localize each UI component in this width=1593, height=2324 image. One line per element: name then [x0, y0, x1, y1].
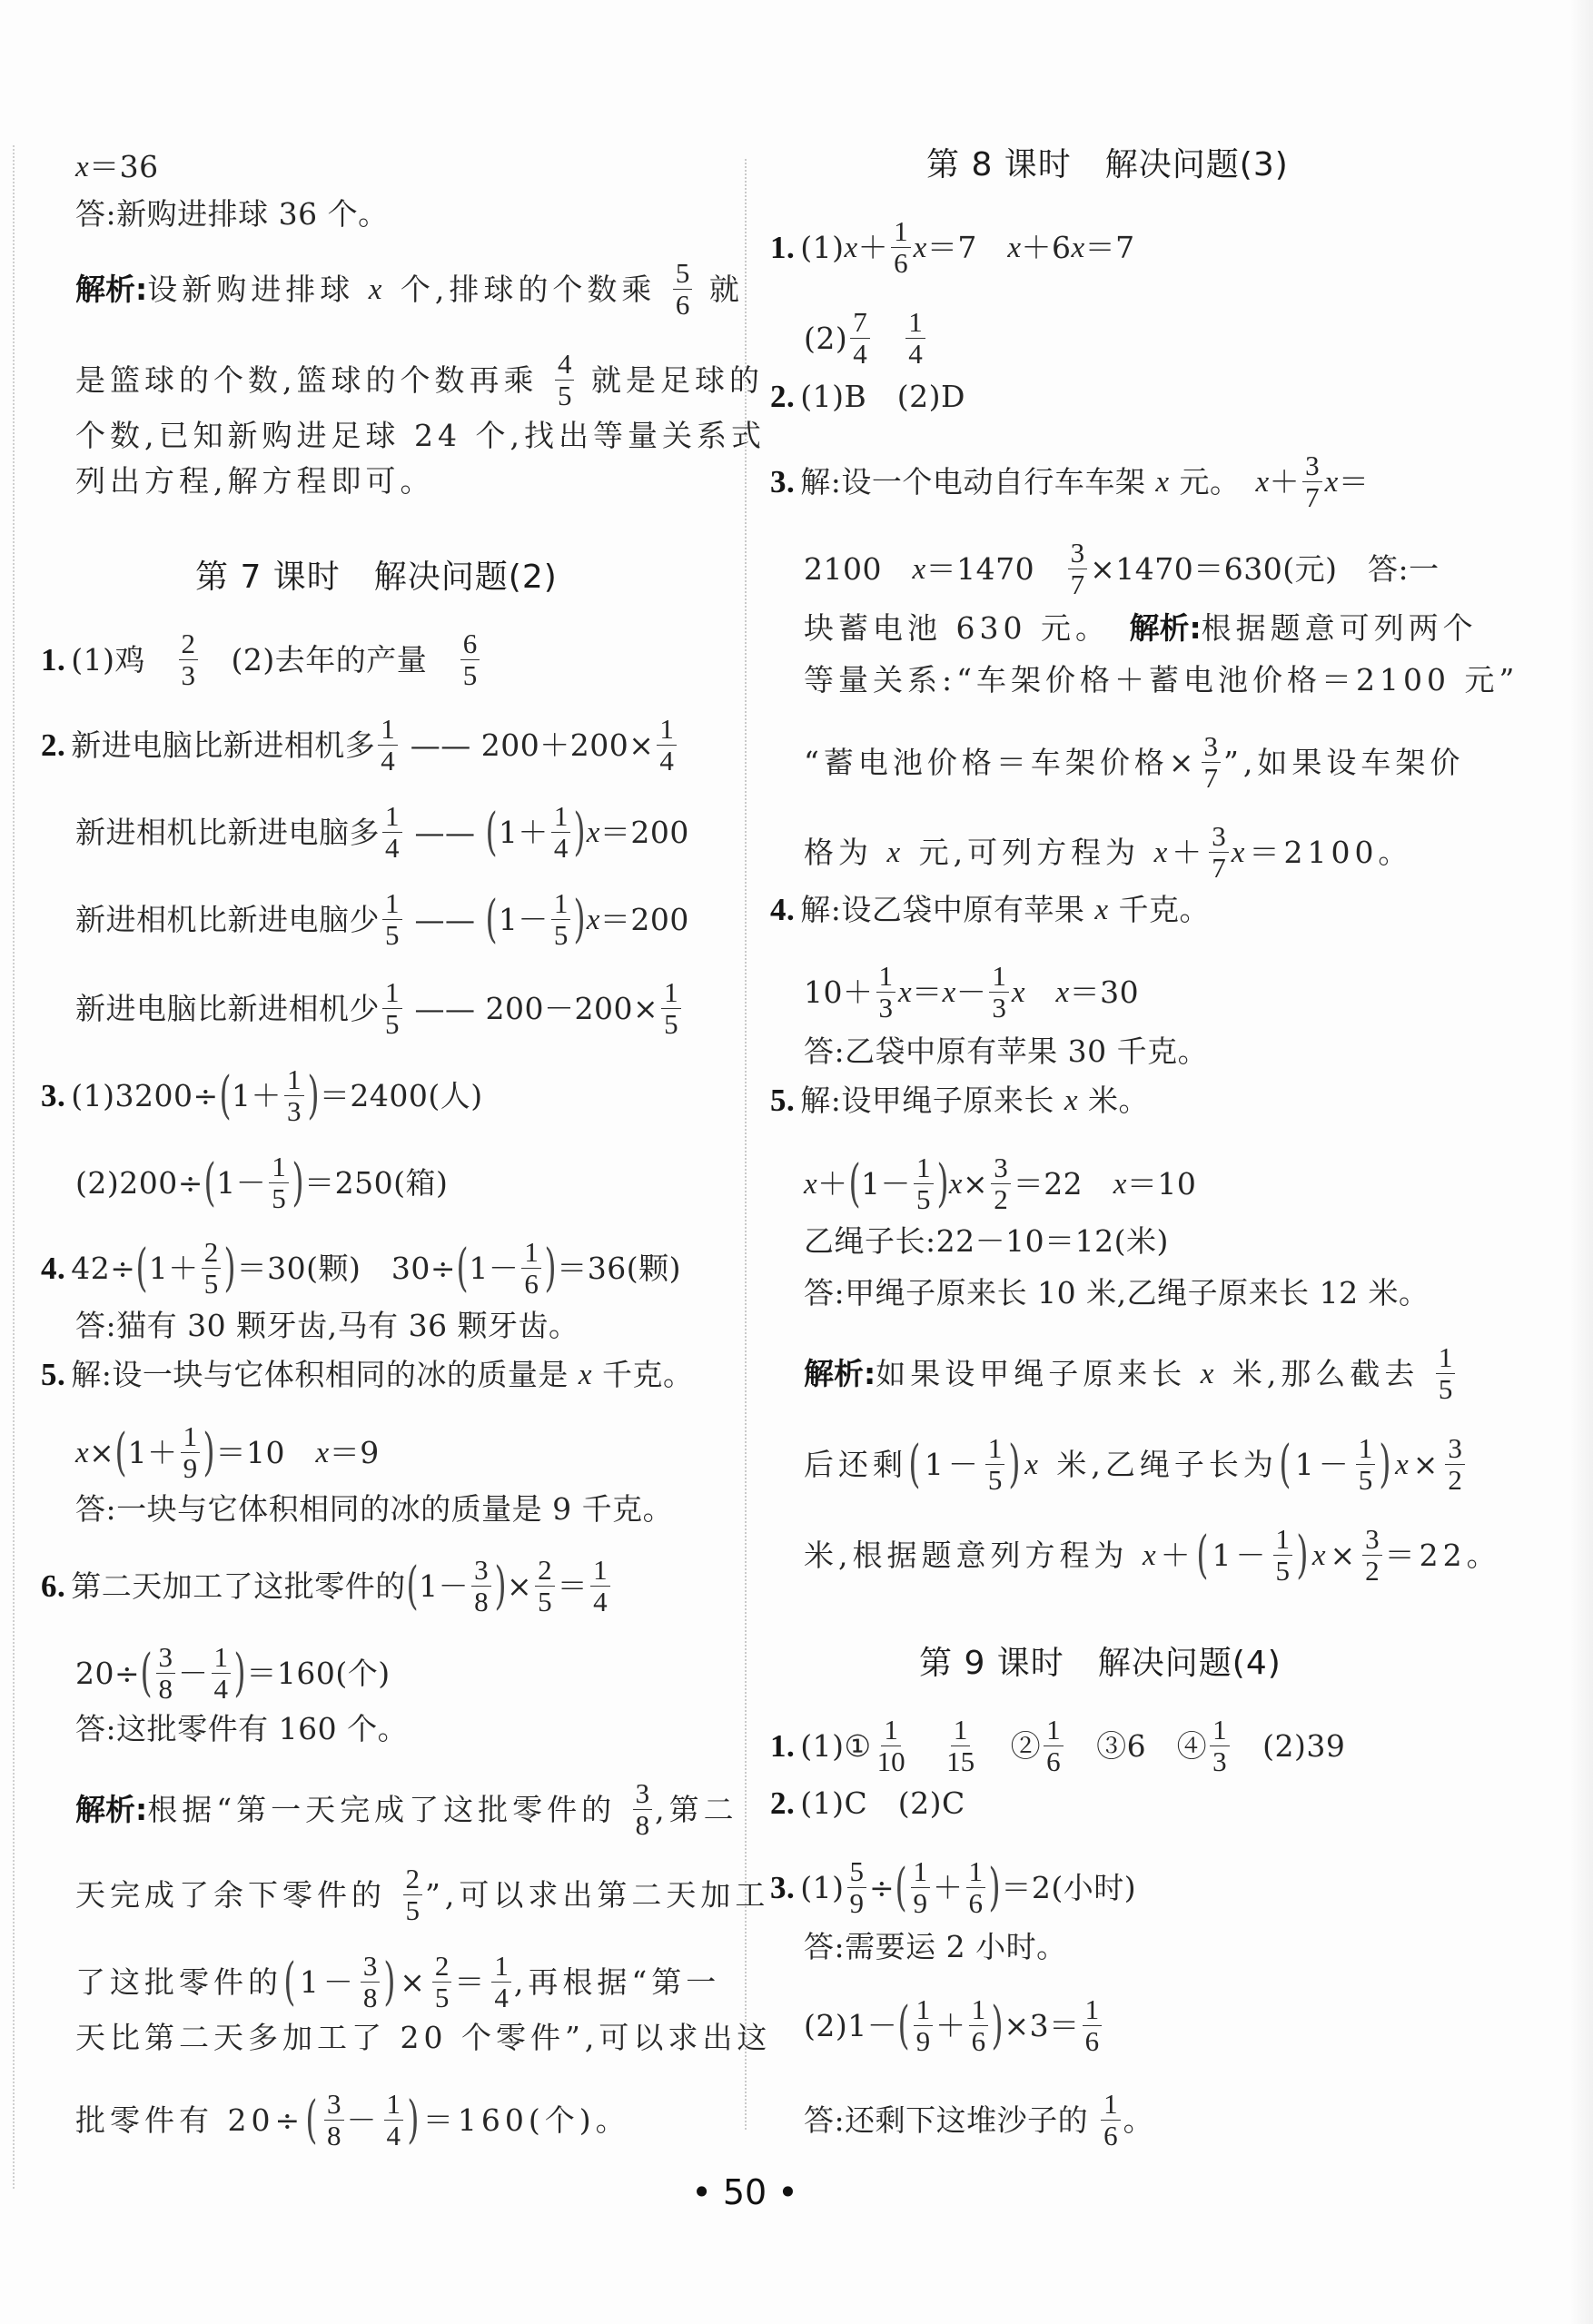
fraction: 56: [673, 258, 693, 321]
text: －: [956, 973, 987, 1013]
question-number: 3.: [41, 1076, 65, 1116]
answer-line: (2)1－(19＋16)×3＝16: [804, 1994, 1104, 2057]
answer-line: 20÷(38－14)＝160(个): [75, 1642, 391, 1705]
text: ＝30(颗) 30÷: [237, 1249, 456, 1289]
variable: x: [75, 147, 89, 187]
fraction: 16: [1044, 1715, 1064, 1777]
fraction: 32: [991, 1152, 1011, 1215]
answer-line: 答:一块与它体积相同的冰的质量是 9 千克。: [75, 1489, 673, 1529]
fraction: 19: [911, 1856, 931, 1919]
answer-line: 是篮球的个数,篮球的个数再乘 45 就是足球的: [75, 349, 764, 411]
parenthesis: (: [141, 1654, 153, 1694]
page-number: • 50 •: [0, 2172, 1489, 2212]
question-number: 4.: [770, 890, 795, 930]
text: [873, 319, 904, 359]
answer-line: 1.(1)x＋16x＝7 x＋6x＝7: [770, 216, 1135, 279]
variable: x: [579, 1355, 592, 1395]
variable: x: [1012, 973, 1025, 1013]
fraction: 15: [985, 1433, 1005, 1496]
variable: x: [75, 1433, 89, 1473]
question-number: 3.: [770, 462, 795, 502]
text: (2): [804, 319, 847, 359]
denominator: 5: [403, 1895, 423, 1926]
analysis-label: 解析:: [1129, 608, 1201, 648]
fraction: 25: [202, 1237, 222, 1300]
denominator: 2: [991, 1184, 1011, 1215]
answer-line: 6.第二天加工了这批零件的(1－38)×25＝14: [41, 1555, 613, 1617]
parenthesis: ): [384, 1963, 399, 2003]
answer-line: 个数,已知新购进足球 24 个,找出等量关系式: [75, 416, 766, 456]
text: ＝2400(人): [320, 1076, 483, 1116]
denominator: 10: [875, 1746, 908, 1777]
fraction: 45: [555, 349, 575, 411]
fraction: 115: [944, 1715, 977, 1777]
answer-line: 块蓄电池 630 元。 解析:根据题意可列两个: [804, 608, 1478, 648]
text: 新进电脑比新进相机多: [71, 726, 375, 766]
numerator: 3: [1445, 1433, 1465, 1465]
text: 20÷: [75, 1654, 140, 1694]
text: 新进电脑比新进相机少: [75, 989, 380, 1029]
text: (1)B (2)D: [800, 377, 965, 417]
parenthesis: (: [406, 1567, 418, 1607]
denominator: 3: [284, 1096, 304, 1127]
text: ＝: [912, 973, 943, 1013]
text: ×: [963, 1164, 988, 1204]
denominator: 5: [202, 1269, 222, 1300]
text: 1－: [861, 1164, 911, 1204]
numerator: 1: [1083, 1994, 1103, 2026]
denominator: 4: [590, 1587, 610, 1617]
fraction: 65: [460, 628, 480, 691]
denominator: 5: [1273, 1556, 1293, 1587]
text: 答:一块与它体积相同的冰的质量是 9 千克。: [75, 1489, 673, 1529]
text: 个数,已知新购进足球 24 个,找出等量关系式: [75, 416, 766, 456]
answer-line: 3.解:设一个电动自行车车架 x 元。 x＋37x＝: [770, 450, 1369, 513]
text: 1－: [499, 900, 549, 940]
numerator: 1: [521, 1237, 541, 1269]
numerator: 1: [911, 1856, 931, 1888]
answer-line: 米,根据题意列方程为 x＋(1－15)x×32＝22。: [804, 1524, 1501, 1587]
text: (1)C (2)C: [800, 1784, 965, 1824]
text: 米,根据题意列方程为: [804, 1536, 1143, 1576]
fraction: 13: [876, 961, 896, 1024]
text: 元。: [1170, 462, 1256, 502]
text: ②: [980, 1726, 1041, 1766]
parenthesis: ): [203, 1433, 215, 1473]
denominator: 6: [1083, 2026, 1103, 2057]
text: ＝250(箱): [304, 1163, 448, 1203]
text: 2100: [804, 549, 912, 589]
numerator: 3: [633, 1778, 653, 1810]
question-number: 6.: [41, 1567, 65, 1607]
fraction: 16: [1101, 2089, 1121, 2151]
denominator: 6: [969, 2026, 989, 2057]
denominator: 5: [1436, 1374, 1456, 1405]
parenthesis: (: [136, 1249, 148, 1289]
numerator: 1: [551, 888, 571, 920]
answer-line: x×(1＋19)＝10 x＝9: [75, 1421, 380, 1484]
numerator: 3: [1362, 1524, 1382, 1556]
numerator: 1: [989, 961, 1009, 993]
text: 根据“第一天完成了这批零件的: [147, 1790, 629, 1830]
text: 1＋: [149, 1249, 199, 1289]
text: 元,可列方程为: [905, 833, 1153, 873]
text: 根据题意可列两个: [1202, 608, 1478, 648]
parenthesis: (: [115, 1433, 127, 1473]
section-title: 第 8 课时 解决问题(3): [926, 143, 1289, 187]
variable: x: [1312, 1536, 1331, 1576]
text: 1－: [216, 1163, 266, 1203]
variable: x: [369, 270, 387, 310]
text: 1＋: [499, 813, 549, 853]
numerator: 4: [555, 349, 575, 381]
numerator: 1: [382, 888, 402, 920]
answer-line: 5.解:设甲绳子原来长 x 米。: [770, 1081, 1149, 1121]
answer-line: 列出方程,解方程即可。: [75, 461, 435, 501]
fraction: 15: [1273, 1524, 1293, 1587]
question-number: 3.: [770, 1868, 795, 1908]
numerator: 2: [403, 1864, 423, 1895]
variable: x: [887, 833, 905, 873]
denominator: 5: [661, 1009, 681, 1040]
text: 乙绳子长:22－10＝12(米): [804, 1221, 1169, 1261]
answer-line: 4.解:设乙袋中原有苹果 x 千克。: [770, 890, 1210, 930]
text: (2)去年的产量: [201, 640, 458, 680]
answer-line: 答:这批零件有 160 个。: [75, 1709, 408, 1749]
answer-line: 1.(1)鸡 23 (2)去年的产量 65: [41, 628, 482, 691]
question-number: 5.: [770, 1081, 795, 1121]
text: 1－: [469, 1249, 519, 1289]
parenthesis: ): [233, 1654, 245, 1694]
text: ＋: [1172, 833, 1206, 873]
text: 后还剩: [804, 1445, 907, 1485]
variable: x: [912, 549, 925, 589]
text: 米,那么截去: [1218, 1354, 1432, 1394]
fraction: 13: [284, 1064, 304, 1127]
denominator: 4: [551, 833, 571, 864]
answer-line: 3.(1)59÷(19＋16)＝2(小时): [770, 1856, 1136, 1919]
numerator: 2: [179, 628, 199, 660]
answer-line: 后还剩(1－15)x 米,乙绳子长为(1－15)x×32: [804, 1433, 1468, 1496]
fraction: 14: [382, 801, 402, 864]
text: ＝: [558, 1567, 589, 1607]
text: ＝7: [927, 228, 1008, 268]
denominator: 3: [876, 993, 896, 1024]
text: ×1470＝630(元) 答:一: [1090, 549, 1440, 589]
text: (1)①: [800, 1726, 871, 1766]
fraction: 14: [551, 801, 571, 864]
denominator: 5: [535, 1587, 555, 1617]
variable: x: [845, 228, 858, 268]
text: 答:这批零件有 160 个。: [75, 1709, 408, 1749]
denominator: 5: [551, 920, 571, 951]
fraction: 13: [1210, 1715, 1230, 1777]
answer-line: 4.42÷(1＋25)＝30(颗) 30÷(1－16)＝36(颗): [41, 1237, 681, 1300]
parenthesis: ): [936, 1164, 948, 1204]
section-title: 第 9 课时 解决问题(4): [919, 1642, 1281, 1686]
text: 天完成了余下零件的: [75, 1875, 401, 1915]
numerator: 7: [850, 307, 870, 339]
fraction: 15: [382, 977, 402, 1040]
fraction: 15: [661, 977, 681, 1040]
question-number: 2.: [770, 1784, 795, 1824]
text: 1－: [300, 1963, 358, 2003]
fraction: 14: [378, 714, 398, 776]
text: ”,可以求出第二天加工: [425, 1875, 769, 1915]
text: 。: [1123, 2101, 1154, 2141]
fraction: 37: [1209, 821, 1229, 884]
text: ×: [89, 1433, 114, 1473]
answer-line: 新进相机比新进电脑多14 —— (1＋14)x＝200: [75, 801, 689, 864]
text: 批零件有 20÷: [75, 2101, 304, 2141]
fraction: 14: [590, 1555, 610, 1617]
variable: x: [1064, 1081, 1078, 1121]
denominator: 3: [989, 993, 1009, 1024]
text: 新进相机比新进电脑少: [75, 900, 380, 940]
fraction: 32: [1445, 1433, 1465, 1496]
text: ——: [405, 813, 486, 853]
numerator: 3: [361, 1951, 381, 1983]
text: 答:甲绳子原来长 10 米,乙绳子原来长 12 米。: [804, 1273, 1430, 1313]
fraction: 25: [535, 1555, 555, 1617]
text: 1－: [419, 1567, 469, 1607]
fraction: 14: [905, 307, 925, 370]
fraction: 37: [1068, 538, 1088, 600]
numerator: 1: [1044, 1715, 1064, 1746]
text: 答:乙袋中原有苹果 30 千克。: [804, 1032, 1208, 1072]
text: 是篮球的个数,篮球的个数再乘: [75, 361, 552, 401]
parenthesis: (: [1279, 1445, 1293, 1485]
numerator: 1: [491, 1951, 511, 1983]
numerator: 3: [1209, 821, 1229, 853]
variable: x: [1256, 462, 1270, 502]
parenthesis: (: [848, 1164, 860, 1204]
text: ＝160(个)。: [423, 2101, 630, 2141]
fraction: 59: [847, 1856, 867, 1919]
parenthesis: (: [486, 900, 498, 940]
numerator: 3: [471, 1555, 491, 1587]
text: ,再根据“第一: [514, 1963, 720, 2003]
denominator: 7: [1302, 482, 1322, 513]
denominator: 9: [847, 1888, 867, 1919]
denominator: 2: [1362, 1556, 1382, 1587]
numerator: 1: [590, 1555, 610, 1587]
numerator: 1: [969, 1994, 989, 2026]
numerator: 1: [966, 1856, 986, 1888]
answer-line: 天比第二天多加工了 20 个零件”,可以求出这: [75, 2018, 771, 2058]
parenthesis: (: [895, 1868, 907, 1908]
variable: x: [949, 1164, 963, 1204]
denominator: 4: [491, 1983, 511, 2013]
numerator: 5: [673, 258, 693, 290]
variable: x: [1071, 228, 1084, 268]
numerator: 6: [460, 628, 480, 660]
denominator: 8: [156, 1674, 176, 1705]
parenthesis: ): [494, 1567, 506, 1607]
answer-line: 答:新购进排球 36 个。: [75, 194, 389, 234]
denominator: 15: [944, 1746, 977, 1777]
numerator: 3: [1202, 731, 1222, 763]
fraction: 37: [1302, 450, 1322, 513]
denominator: 9: [914, 2026, 934, 2057]
text: ＝22: [1014, 1164, 1113, 1204]
binding-dots: [13, 145, 15, 2189]
denominator: 6: [1044, 1746, 1064, 1777]
question-number: 1.: [770, 228, 795, 268]
text: (1): [800, 228, 844, 268]
numerator: 1: [1210, 1715, 1230, 1746]
fraction: 110: [875, 1715, 908, 1777]
answer-line: 答:还剩下这堆沙子的 16。: [804, 2089, 1153, 2151]
answer-line: 批零件有 20÷(38－14)＝160(个)。: [75, 2089, 630, 2151]
text: 就: [695, 270, 744, 310]
answer-line: (2)74 14: [804, 307, 928, 370]
text: ＝200: [600, 813, 689, 853]
text: ＝1470: [926, 549, 1065, 589]
text: 天比第二天多加工了 20 个零件”,可以求出这: [75, 2018, 771, 2058]
text: ＋: [817, 1164, 848, 1204]
numerator: 2: [202, 1237, 222, 1269]
text: 格为: [804, 833, 887, 873]
denominator: 7: [1209, 853, 1229, 884]
numerator: 1: [1101, 2089, 1121, 2121]
text: ＝22。: [1385, 1536, 1501, 1576]
denominator: 7: [1202, 763, 1222, 794]
text: ＋6: [1021, 228, 1071, 268]
text: 千克。: [1109, 890, 1211, 930]
fraction: 16: [891, 216, 911, 279]
text: ＝: [454, 1963, 489, 2003]
text: (2)1－: [804, 2006, 897, 2046]
answer-line: 解析:根据“第一天完成了这批零件的 38,第二: [75, 1778, 738, 1841]
answer-line: 1.(1)①110 115 ②16 ③6 ④13 (2)39: [770, 1715, 1345, 1777]
numerator: 1: [378, 714, 398, 746]
fraction: 15: [1356, 1433, 1376, 1496]
question-number: 2.: [41, 726, 65, 766]
fraction: 38: [633, 1778, 653, 1841]
text: ＋: [858, 228, 889, 268]
text: 米,乙绳子长为: [1043, 1445, 1278, 1485]
analysis-label: 解析:: [75, 1790, 147, 1830]
fraction: 16: [969, 1994, 989, 2057]
fraction: 16: [966, 1856, 986, 1919]
fraction: 25: [403, 1864, 423, 1926]
text: 了这批零件的: [75, 1963, 282, 2003]
answer-line: 新进电脑比新进相机少15 —— 200－200×15: [75, 977, 684, 1040]
answer-line: 2.(1)C (2)C: [770, 1784, 965, 1824]
parenthesis: ): [292, 1163, 303, 1203]
numerator: 3: [156, 1642, 176, 1674]
text: “蓄电池价格＝车架价格×: [804, 743, 1199, 783]
fraction: 74: [850, 307, 870, 370]
variable: x: [587, 813, 600, 853]
numerator: 1: [914, 1152, 934, 1184]
numerator: 3: [1302, 450, 1322, 482]
denominator: 5: [555, 381, 575, 411]
analysis-label: 解析:: [75, 270, 147, 310]
denominator: 8: [471, 1587, 491, 1617]
denominator: 5: [1356, 1465, 1376, 1496]
denominator: 8: [324, 2121, 344, 2151]
text: ＝200: [600, 900, 689, 940]
answer-line: 答:乙袋中原有苹果 30 千克。: [804, 1032, 1208, 1072]
variable: x: [1094, 890, 1108, 930]
question-number: 2.: [770, 377, 795, 417]
variable: x: [914, 228, 927, 268]
numerator: 1: [905, 307, 925, 339]
text: 米。: [1078, 1081, 1149, 1121]
text: [911, 1726, 942, 1766]
answer-line: (2)200÷(1－15)＝250(箱): [75, 1152, 448, 1214]
variable: x: [1325, 462, 1339, 502]
numerator: 1: [212, 1642, 232, 1674]
text: ×: [1331, 1536, 1360, 1576]
fraction: 38: [471, 1555, 491, 1617]
numerator: 1: [269, 1152, 289, 1183]
answer-line: “蓄电池价格＝车架价格×37”,如果设车架价: [804, 731, 1464, 794]
fraction: 32: [1362, 1524, 1382, 1587]
text: ＝10: [216, 1433, 316, 1473]
answer-line: 2100 x＝1470 37×1470＝630(元) 答:一: [804, 538, 1440, 600]
denominator: 5: [382, 920, 402, 951]
answer-line: 天完成了余下零件的 25”,可以求出第二天加工: [75, 1864, 769, 1926]
fraction: 23: [179, 628, 199, 691]
fraction: 14: [212, 1642, 232, 1705]
text: 答:还剩下这堆沙子的: [804, 2101, 1098, 2141]
denominator: 5: [460, 660, 480, 691]
parenthesis: ): [992, 2006, 1004, 2046]
numerator: 1: [661, 977, 681, 1009]
text: (2)200÷: [75, 1163, 203, 1203]
answer-line: 答:猫有 30 颗牙齿,马有 36 颗牙齿。: [75, 1306, 579, 1346]
text: ＝30: [1070, 973, 1140, 1013]
parenthesis: ): [224, 1249, 236, 1289]
text: ＝10: [1127, 1164, 1197, 1204]
text: 第二天加工了这批零件的: [71, 1567, 406, 1607]
text: —— 200＋200×: [401, 726, 655, 766]
denominator: 4: [212, 1674, 232, 1705]
text: 个,排球的个数乘: [386, 270, 669, 310]
answer-line: x＋(1－15)x×32＝22 x＝10: [804, 1152, 1196, 1215]
parenthesis: ): [407, 2101, 421, 2141]
denominator: 7: [1068, 569, 1088, 600]
numerator: 1: [1356, 1433, 1376, 1465]
denominator: 4: [657, 746, 677, 776]
parenthesis: ): [1380, 1445, 1394, 1485]
parenthesis: ): [544, 1249, 556, 1289]
denominator: 3: [179, 660, 199, 691]
question-number: 1.: [770, 1726, 795, 1766]
text: ”,如果设车架价: [1223, 743, 1464, 783]
text: ③6 ④: [1066, 1726, 1208, 1766]
variable: x: [1232, 833, 1250, 873]
text: 解:设乙袋中原有苹果: [800, 890, 1094, 930]
answer-line: 了这批零件的(1－38)×25＝14,再根据“第一: [75, 1951, 720, 2013]
parenthesis: (: [456, 1249, 468, 1289]
denominator: 6: [673, 290, 693, 321]
parenthesis: ): [574, 813, 586, 853]
text: ＝7: [1085, 228, 1135, 268]
denominator: 6: [891, 248, 911, 279]
text: 1＋: [128, 1433, 178, 1473]
numerator: 1: [657, 714, 677, 746]
fraction: 15: [914, 1152, 934, 1215]
text: －: [178, 1654, 209, 1694]
fraction: 38: [361, 1951, 381, 2013]
text: ×: [507, 1567, 532, 1607]
denominator: 4: [850, 339, 870, 370]
parenthesis: (: [486, 813, 498, 853]
